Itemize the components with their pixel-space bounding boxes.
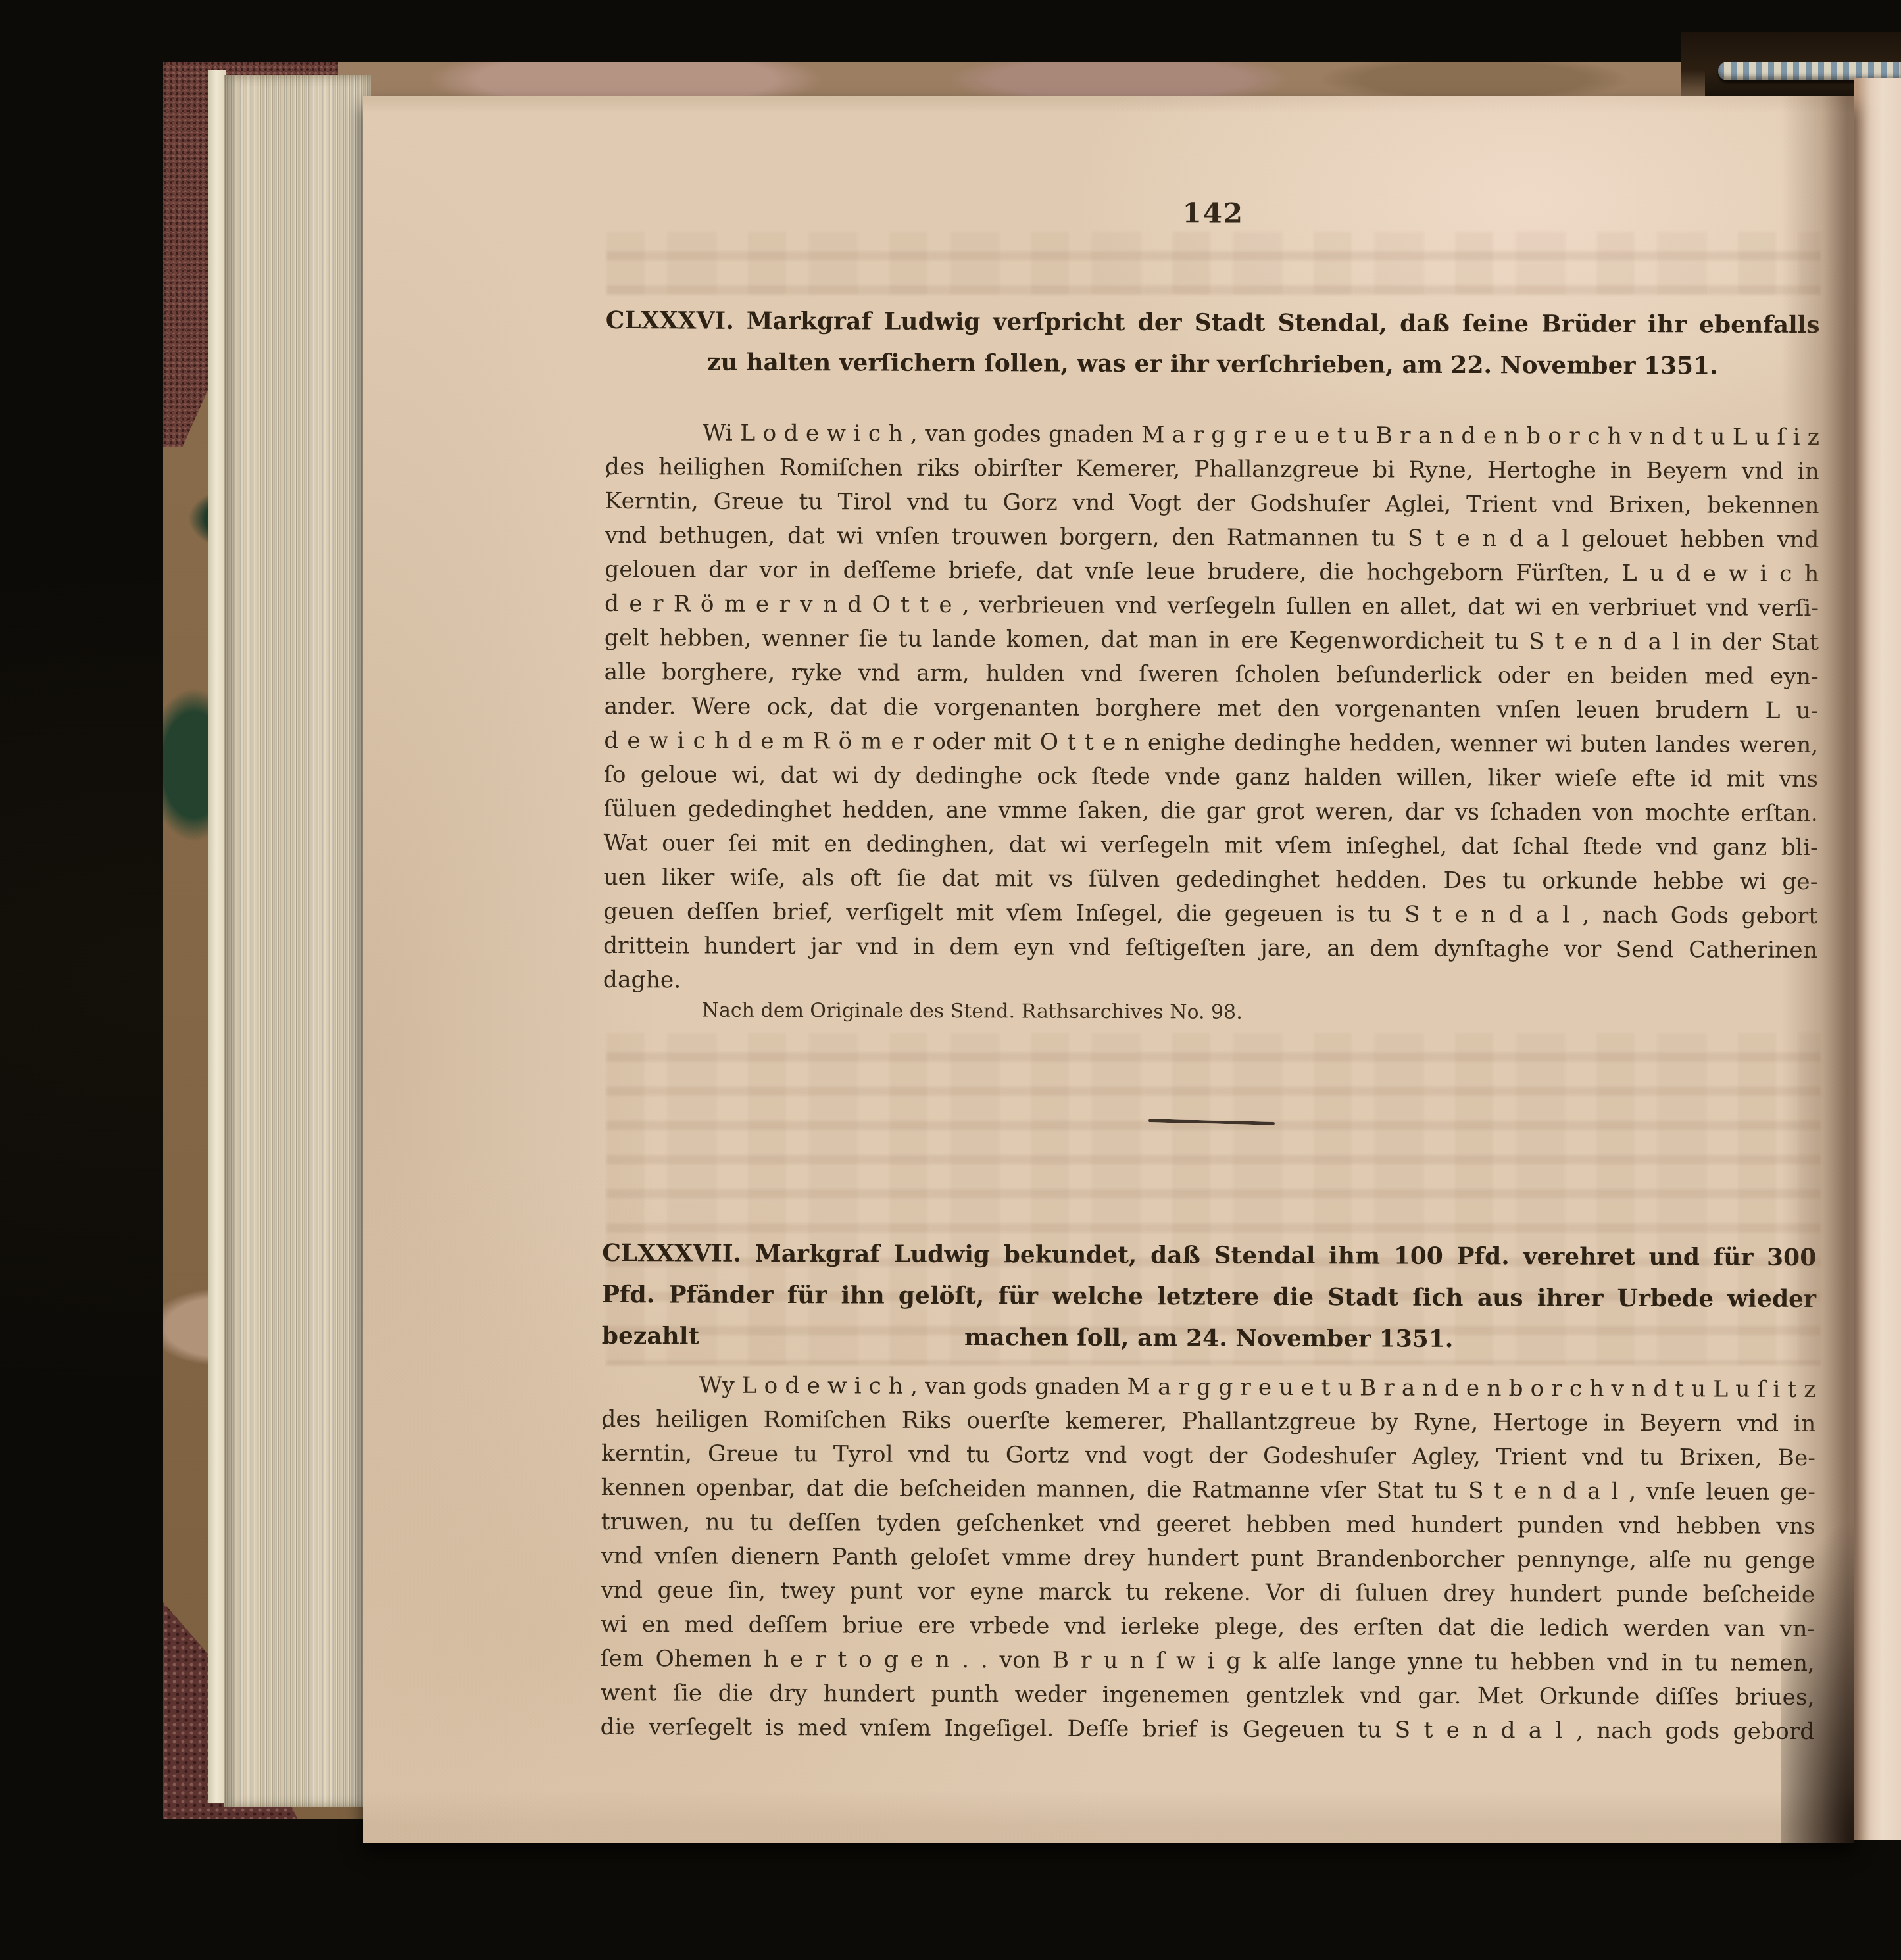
text-line: CLXXXVII. Markgraf Ludwig bekundet, daß … xyxy=(602,1233,1816,1279)
next-page-edge xyxy=(1854,78,1901,1840)
text-line: zu halten verſichern ſollen, was er ihr … xyxy=(605,341,1819,387)
text-line: truwen, nu tu deſſen tyden geſchenket vn… xyxy=(601,1505,1815,1544)
text-line: kennen openbar, dat die beſcheiden manne… xyxy=(601,1471,1815,1509)
text-line: vnd bethugen, dat wi vnſen trouwen borge… xyxy=(605,518,1819,557)
text-line: vnd geue ſin, twey punt vor eyne marck t… xyxy=(601,1573,1815,1612)
text-line: gelouen dar vor in deſſeme briefe, dat v… xyxy=(605,552,1819,591)
text-line: d e r R ö m e r v n d O t t e , verbrieu… xyxy=(605,587,1819,625)
text-line: Wi L o d e w i c h , van godes gnaden M … xyxy=(605,416,1819,454)
text-line: Pfd. Pfänder für ihn gelöſt, für welche … xyxy=(602,1274,1816,1320)
text-line: gelt hebben, wenner ſie tu lande komen, … xyxy=(605,621,1819,660)
text-line: ſo geloue wi, dat wi dy dedinghe ock ſte… xyxy=(604,758,1818,796)
section-heading-clxxxvii: CLXXXVII. Markgraf Ludwig bekundet, daß … xyxy=(602,1233,1817,1361)
section-divider-rule xyxy=(1148,1119,1275,1125)
text-line: d e w i c h d e m R ö m e r oder mit O t… xyxy=(604,723,1818,762)
text-line: ſüluen gededinghet hedden, ane vmme ſake… xyxy=(604,792,1818,831)
book-page: 142 CLXXXVI. Markgraf Ludwig verſpricht … xyxy=(363,96,1854,1843)
text-line: uen liker wiſe, als oft ſie dat mit vs ſ… xyxy=(603,860,1817,899)
source-note: Nach dem Originale des Stend. Rathsarchi… xyxy=(702,999,1243,1024)
text-line: kerntin, Greue tu Tyrol vnd tu Gortz vnd… xyxy=(601,1436,1815,1475)
text-line: wi en med deſſem briue ere vrbede vnd ie… xyxy=(601,1607,1815,1646)
text-line: went ſie die dry hundert punth weder ing… xyxy=(601,1676,1815,1715)
book-scan-photo: 142 CLXXXVI. Markgraf Ludwig verſpricht … xyxy=(0,0,1901,1960)
gutter-shadow xyxy=(1781,96,1854,1843)
section-body-clxxxvi: Wi L o d e w i c h , van godes gnaden M … xyxy=(603,416,1819,1002)
text-line: die verſegelt is med vnſem Ingeſigel. De… xyxy=(600,1710,1814,1749)
text-line: ander. Were ock, dat die vorgenanten bor… xyxy=(604,689,1818,728)
text-line: Wy L o d e w i c h , van gods gnaden M a… xyxy=(601,1368,1815,1407)
show-through-ghost-text xyxy=(606,232,1821,295)
text-line: machen ſoll, am 24. November 1351. xyxy=(602,1315,1816,1361)
section-heading-clxxxvi: CLXXXVI. Markgraf Ludwig verſpricht der … xyxy=(605,300,1819,387)
text-line: Kerntin, Greue tu Tirol vnd tu Gorz vnd … xyxy=(605,484,1819,523)
text-line: alle borghere, ryke vnd arm, hulden vnd … xyxy=(605,655,1819,694)
text-line: drittein hundert jar vnd in dem eyn vnd … xyxy=(603,929,1817,968)
text-line: des heilighen Romiſchen riks obirſter Ke… xyxy=(605,450,1819,489)
text-line: ſem Ohemen h e r t o g e n . . von B r u… xyxy=(601,1642,1815,1680)
text-line: Wat ouer ſei mit en dedinghen, dat wi ve… xyxy=(604,826,1818,865)
page-content: 142 CLXXXVI. Markgraf Ludwig verſpricht … xyxy=(606,96,1821,101)
section-body-clxxxvii: Wy L o d e w i c h , van gods gnaden M a… xyxy=(600,1368,1815,1749)
text-line: geuen deſſen brief, verſigelt mit vſem I… xyxy=(603,894,1817,933)
text-line: vnd vnſen dienern Panth geloſet vmme dre… xyxy=(601,1539,1815,1578)
page-block-edges xyxy=(224,75,371,1807)
page-number: 142 xyxy=(606,195,1820,232)
text-line: daghe. xyxy=(603,963,1817,1002)
text-line: CLXXXVI. Markgraf Ludwig verſpricht der … xyxy=(606,300,1820,346)
text-line: des heiligen Romiſchen Riks ouerſte keme… xyxy=(601,1402,1815,1441)
